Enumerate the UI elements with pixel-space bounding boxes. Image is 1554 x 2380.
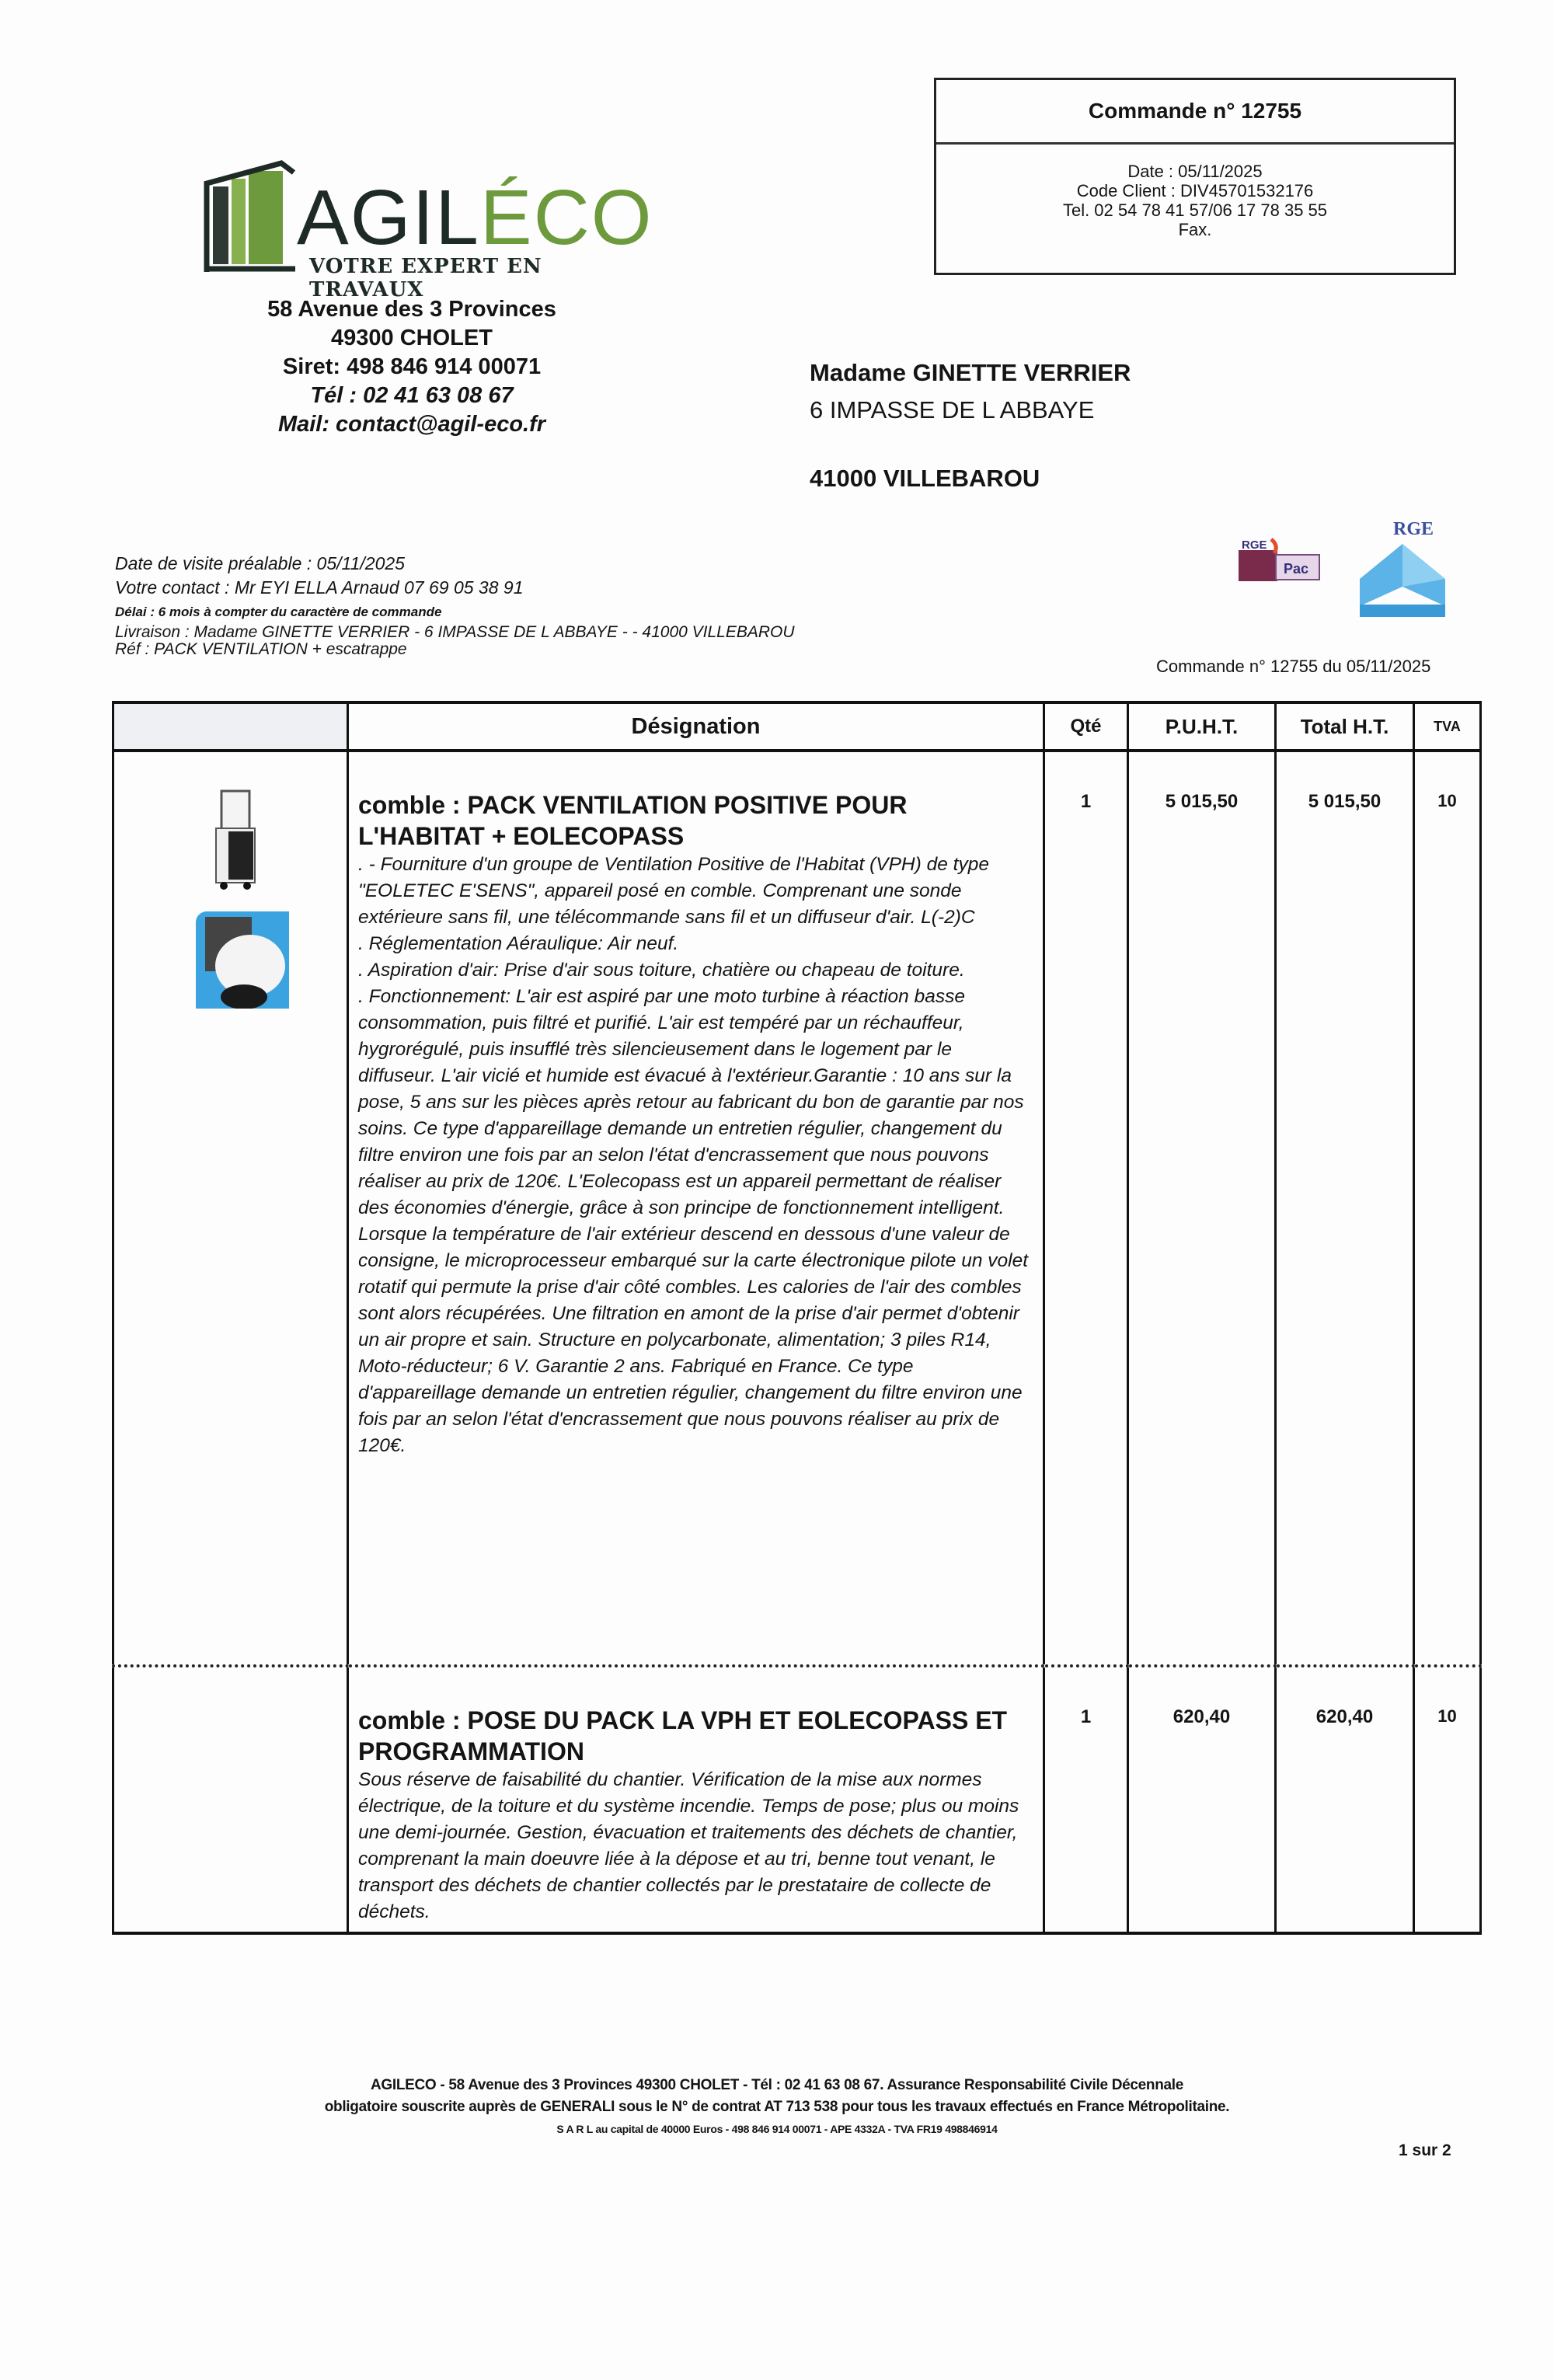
order-box: Commande n° 12755 Date : 05/11/2025 Code… [934, 78, 1456, 275]
col-header-designation: Désignation [348, 702, 1044, 751]
legal-footer: AGILECO - 58 Avenue des 3 Provinces 4930… [155, 2075, 1399, 2140]
item-tva: 10 [1414, 751, 1481, 1666]
house-logo-icon [204, 155, 297, 272]
logo-tagline: VOTRE EXPERT EN TRAVAUX [309, 255, 623, 301]
client-fax: Fax. [936, 220, 1454, 239]
svg-text:RGE: RGE [1242, 538, 1267, 552]
order-reference: Réf : PACK VENTILATION + escatrappe [115, 641, 795, 658]
item-title: comble : POSE DU PACK LA VPH ET EOLECOPA… [358, 1705, 1033, 1767]
item-details: . - Fourniture d'un groupe de Ventilatio… [358, 852, 1033, 1459]
svg-text:RGE: RGE [1393, 519, 1434, 539]
footer-line1: AGILECO - 58 Avenue des 3 Provinces 4930… [155, 2075, 1399, 2096]
item-description: comble : PACK VENTILATION POSITIVE POUR … [348, 751, 1044, 1666]
item-total: 620,40 [1276, 1666, 1414, 1933]
svg-text:Pac: Pac [1284, 561, 1308, 577]
visit-info: Date de visite préalable : 05/11/2025 Vo… [115, 552, 795, 658]
item-total: 5 015,50 [1276, 751, 1414, 1666]
company-info: 58 Avenue des 3 Provinces 49300 CHOLET S… [194, 295, 629, 439]
company-address-line2: 49300 CHOLET [194, 324, 629, 353]
item-tva: 10 [1414, 1666, 1481, 1933]
col-header-tva: TVA [1414, 702, 1481, 751]
order-reference-date: Commande n° 12755 du 05/11/2025 [1156, 657, 1430, 677]
items-table: Désignation Qté P.U.H.T. Total H.T. TVA [112, 701, 1482, 1935]
qualibat-logo-icon: RGE [1356, 513, 1449, 618]
item-details: Sous réserve de faisabilité du chantier.… [358, 1767, 1033, 1925]
company-address-line1: 58 Avenue des 3 Provinces [194, 295, 629, 324]
table-header-row: Désignation Qté P.U.H.T. Total H.T. TVA [113, 702, 1481, 751]
rge-qualipac-badge: RGE Pac [1237, 536, 1322, 583]
item-qty: 1 [1044, 1666, 1128, 1933]
col-header-qty: Qté [1044, 702, 1128, 751]
page-number: 1 sur 2 [1399, 2141, 1451, 2160]
client-street: 6 IMPASSE DE L ABBAYE [810, 392, 1131, 429]
rge-qualibat-badge: RGE [1356, 513, 1449, 618]
col-header-unit-price: P.U.H.T. [1128, 702, 1276, 751]
delivery-address: Livraison : Madame GINETTE VERRIER - 6 I… [115, 624, 795, 641]
col-header-total: Total H.T. [1276, 702, 1414, 751]
client-address: Madame GINETTE VERRIER 6 IMPASSE DE L AB… [810, 354, 1131, 497]
company-siret: Siret: 498 846 914 00071 [194, 353, 629, 382]
table-row: comble : PACK VENTILATION POSITIVE POUR … [113, 751, 1481, 1666]
item-unit-price: 620,40 [1128, 1666, 1276, 1933]
company-logo: AGILÉCO VOTRE EXPERT EN TRAVAUX [204, 155, 623, 272]
client-city: 41000 VILLEBAROU [810, 460, 1131, 497]
order-number: Commande n° 12755 [936, 80, 1454, 145]
item-unit-price: 5 015,50 [1128, 751, 1276, 1666]
vph-unit-image-icon [172, 775, 289, 1009]
contact-person: Votre contact : Mr EYI ELLA Arnaud 07 69… [115, 576, 795, 600]
client-code: Code Client : DIV45701532176 [936, 181, 1454, 200]
col-header-image [113, 702, 348, 751]
client-phone: Tel. 02 54 78 41 57/06 17 78 35 55 [936, 200, 1454, 220]
footer-line3: S A R L au capital de 40000 Euros - 498 … [155, 2118, 1399, 2140]
footer-line2: obligatoire souscrite auprès de GENERALI… [155, 2096, 1399, 2118]
product-images [113, 751, 348, 1666]
delay: Délai : 6 mois à compter du caractère de… [115, 600, 795, 624]
company-email: Mail: contact@agil-eco.fr [194, 410, 629, 439]
table-row: comble : POSE DU PACK LA VPH ET EOLECOPA… [113, 1666, 1481, 1933]
item-qty: 1 [1044, 751, 1128, 1666]
client-name: Madame GINETTE VERRIER [810, 354, 1131, 392]
item-title: comble : PACK VENTILATION POSITIVE POUR … [358, 789, 1033, 852]
qualipac-logo-icon: RGE Pac [1237, 536, 1322, 583]
logo-wordmark: AGILÉCO [297, 179, 653, 256]
company-phone: Tél : 02 41 63 08 67 [194, 382, 629, 410]
product-images-empty [113, 1666, 348, 1933]
item-description: comble : POSE DU PACK LA VPH ET EOLECOPA… [348, 1666, 1044, 1933]
visit-date: Date de visite préalable : 05/11/2025 [115, 552, 795, 576]
order-date: Date : 05/11/2025 [936, 162, 1454, 181]
